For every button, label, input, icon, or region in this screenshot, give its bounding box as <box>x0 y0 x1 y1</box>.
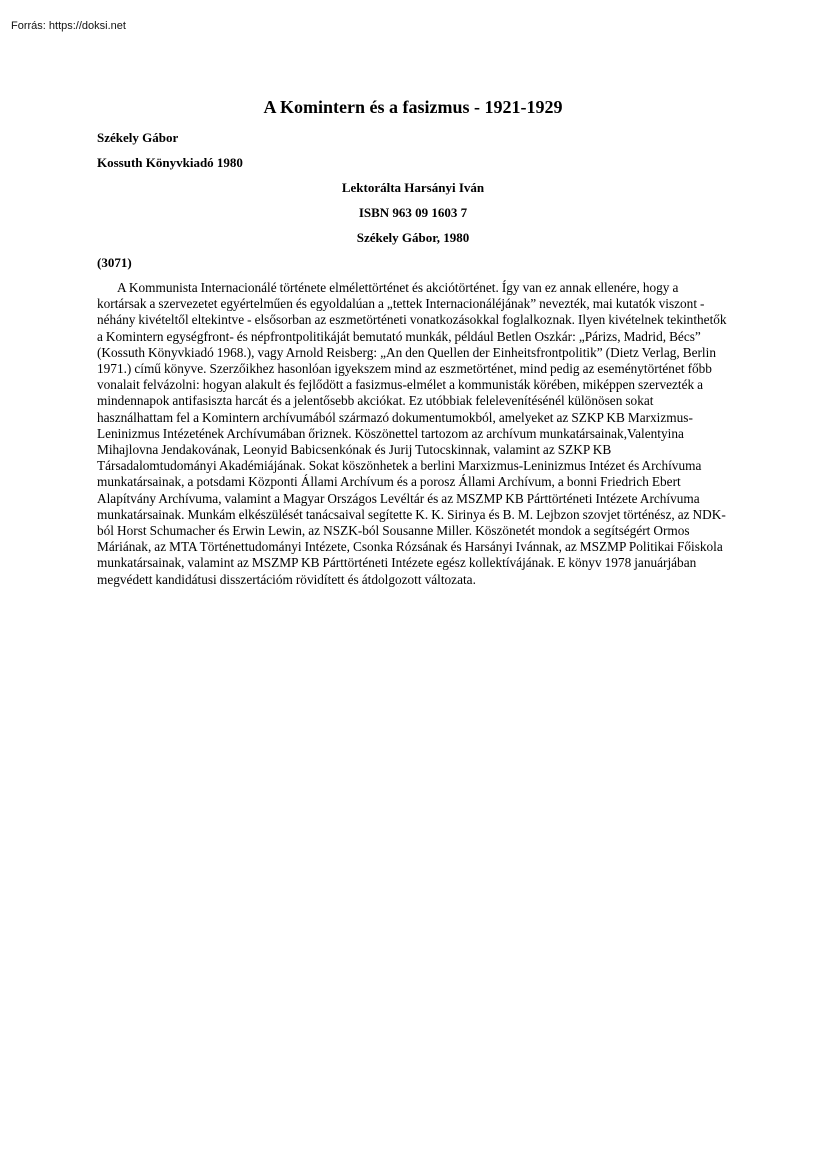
document-page: A Komintern és a fasizmus - 1921-1929 Sz… <box>97 96 729 588</box>
body-paragraph: A Kommunista Internacionálé története el… <box>97 280 729 588</box>
author: Székely Gábor <box>97 130 729 146</box>
source-label: Forrás: https://doksi.net <box>11 20 126 32</box>
document-title: A Komintern és a fasizmus - 1921-1929 <box>97 96 729 118</box>
document-code: (3071) <box>97 255 729 271</box>
editor: Lektorálta Harsányi Iván <box>97 180 729 196</box>
copyright: Székely Gábor, 1980 <box>97 230 729 246</box>
publisher: Kossuth Könyvkiadó 1980 <box>97 155 729 171</box>
isbn: ISBN 963 09 1603 7 <box>97 205 729 221</box>
